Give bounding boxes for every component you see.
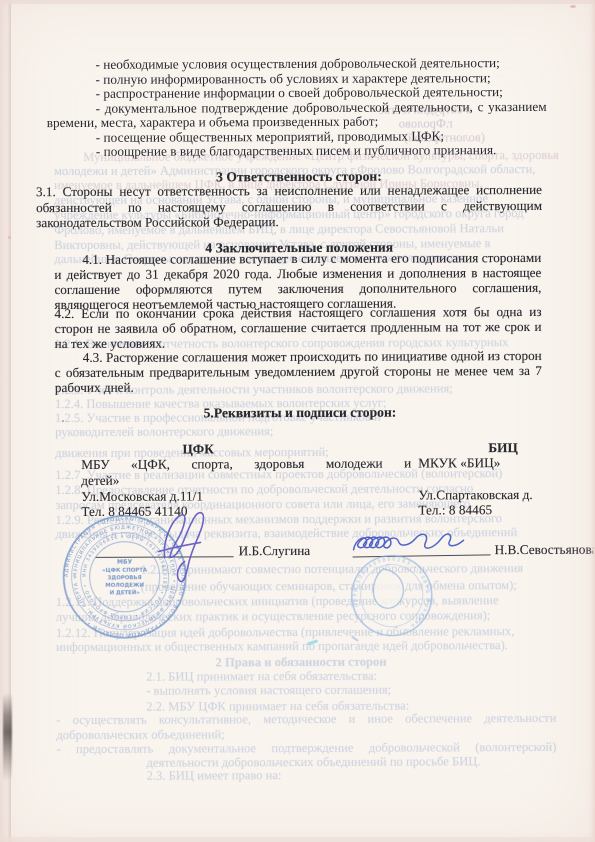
stamps-layer: АДМИНИСТРАЦИЯ ГОРОДСКОГО ОКРУГА ГОРОД ФР… [0,0,595,842]
dark-speck [62,420,64,422]
cyan-ink-mark [307,639,318,645]
handwritten-signature-left [150,505,242,597]
pink-speck [8,236,11,239]
page-bottom-edge [0,837,595,842]
stamp-left-center-line: «ЦФК СПОРТА [102,568,148,574]
scanned-agreement-page: о сотрудничестве г.Фролово (волонтерской… [0,0,595,842]
stamp-left-center-line: И ДЕТЕЙ» [110,588,141,596]
handwritten-signature-right [349,523,479,562]
scanner-smudge [3,693,12,781]
stamp-left-center-line: ЗДОРОВЬЯ [108,575,142,581]
page-right-edge [590,0,595,842]
stamp-left-center-line: МОЛОДЕЖИ [105,583,144,589]
stamp-right-droplet-emblem [367,565,409,612]
stamp-left-center-line: МБУ [117,559,133,566]
pink-speck [570,5,576,8]
page-top-edge [0,0,595,4]
